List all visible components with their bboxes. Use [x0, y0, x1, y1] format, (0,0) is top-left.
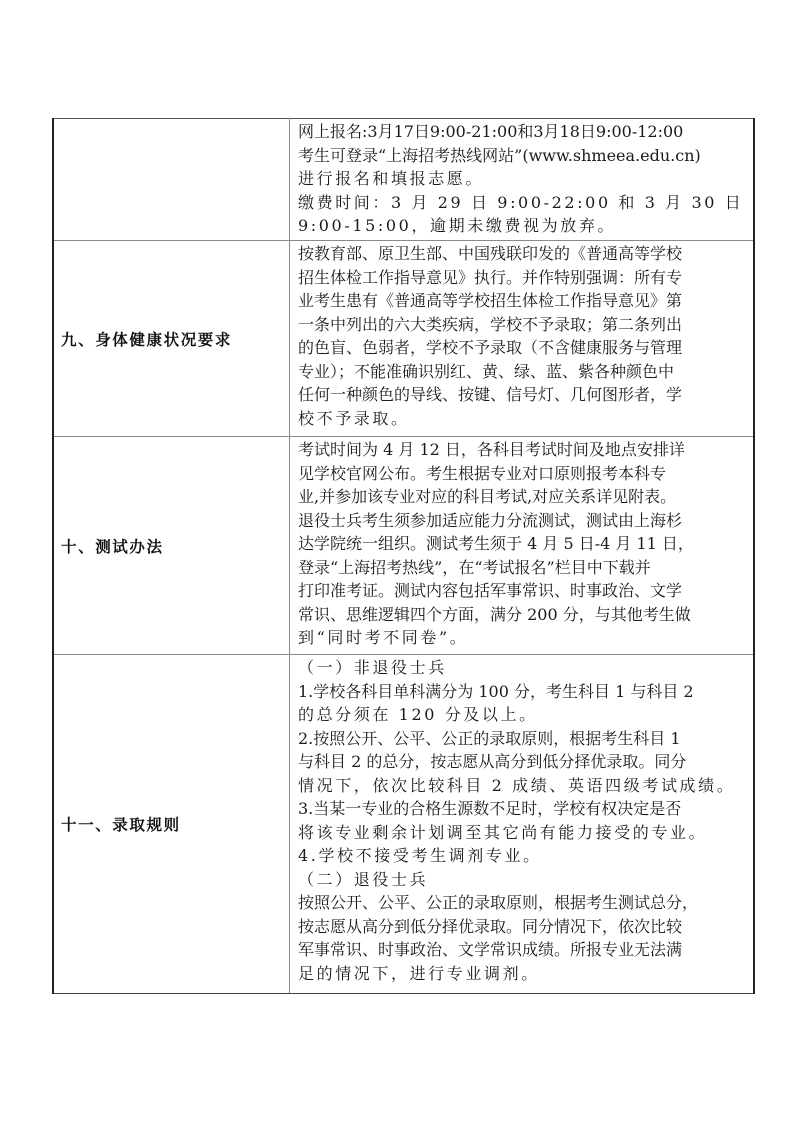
content-line: 情况下，依次比较科目 2 成绩、英语四级考试成绩。 [298, 774, 748, 798]
content-line: 招生体检工作指导意见》执行。并作特别强调：所有专 [298, 266, 748, 290]
content-line: 到“同时考不同卷”。 [298, 626, 748, 650]
row-label-cell [53, 119, 290, 241]
content-line: 缴费时间：3 月 29 日 9:00-22:00 和 3 月 30 日 [298, 191, 748, 215]
content-line: 考生可登录“上海招考热线网站”(www.shmeea.edu.cn) [298, 144, 748, 168]
row-content-cell: 按教育部、原卫生部、中国残联印发的《普通高等学校 招生体检工作指导意见》执行。并… [290, 241, 755, 437]
content-line: 按照公开、公平、公正的录取原则，根据考生测试总分， [298, 891, 748, 915]
row-label-cell: 十、测试办法 [53, 437, 290, 655]
admission-rules-table: 网上报名:3月17日9:00-21:00和3月18日9:00-12:00 考生可… [52, 118, 755, 994]
content-line: 1.学校各科目单科满分为 100 分，考生科目 1 与科目 2 [298, 680, 748, 704]
content-line: 9:00-15:00，逾期未缴费视为放弃。 [298, 214, 748, 238]
row-content-cell: 考试时间为 4 月 12 日，各科目考试时间及地点安排详 见学校官网公布。考生根… [290, 437, 755, 655]
content-line: 登录“上海招考热线”，在“考试报名”栏目中下载并 [298, 556, 748, 580]
row-label-cell: 十一、录取规则 [53, 655, 290, 994]
content-line: 任何一种颜色的导线、按键、信号灯、几何图形者，学 [298, 383, 748, 407]
content-line: 打印准考证。测试内容包括军事常识、时事政治、文学 [298, 579, 748, 603]
content-line: 退役士兵考生须参加适应能力分流测试，测试由上海杉 [298, 509, 748, 533]
content-line: 的色盲、色弱者，学校不予录取（不含健康服务与管理 [298, 336, 748, 360]
row-label: 十一、录取规则 [54, 813, 289, 835]
section-heading: （一）非退役士兵 [298, 656, 748, 680]
document-page: 网上报名:3月17日9:00-21:00和3月18日9:00-12:00 考生可… [0, 0, 800, 1132]
content-line: 的总分须在 120 分及以上。 [298, 703, 748, 727]
content-line: 见学校官网公布。考生根据专业对口原则报考本科专 [298, 462, 748, 486]
content-line: 按教育部、原卫生部、中国残联印发的《普通高等学校 [298, 242, 748, 266]
content-line: 将该专业剩余计划调至其它尚有能力接受的专业。 [298, 821, 748, 845]
content-line: 业考生患有《普通高等学校招生体检工作指导意见》第 [298, 289, 748, 313]
section-heading: （二）退役士兵 [298, 868, 748, 892]
row-content-cell: （一）非退役士兵 1.学校各科目单科满分为 100 分，考生科目 1 与科目 2… [290, 655, 755, 994]
content-line: 常识、思维逻辑四个方面，满分 200 分，与其他考生做 [298, 603, 748, 627]
content-line: 足的情况下，进行专业调剂。 [298, 962, 748, 986]
content-line: 一条中列出的六大类疾病，学校不予录取；第二条列出 [298, 313, 748, 337]
test-method-content: 考试时间为 4 月 12 日，各科目考试时间及地点安排详 见学校官网公布。考生根… [290, 437, 753, 651]
content-line: 达学院统一组织。测试考生须于 4 月 5 日-4 月 11 日， [298, 532, 748, 556]
content-line: 军事常识、时事政治、文学常识成绩。所报专业无法满 [298, 938, 748, 962]
content-line: 按志愿从高分到低分择优录取。同分情况下，依次比较 [298, 915, 748, 939]
row-label: 十、测试办法 [54, 535, 289, 557]
table-row-registration: 网上报名:3月17日9:00-21:00和3月18日9:00-12:00 考生可… [53, 119, 754, 241]
row-content-cell: 网上报名:3月17日9:00-21:00和3月18日9:00-12:00 考生可… [290, 119, 755, 241]
content-line: 网上报名:3月17日9:00-21:00和3月18日9:00-12:00 [298, 120, 748, 144]
content-line: 2.按照公开、公平、公正的录取原则，根据考生科目 1 [298, 727, 748, 751]
content-line: 校不予录取。 [298, 407, 748, 431]
content-line: 4.学校不接受考生调剂专业。 [298, 844, 748, 868]
content-line: 考试时间为 4 月 12 日，各科目考试时间及地点安排详 [298, 438, 748, 462]
content-line: 3.当某一专业的合格生源数不足时，学校有权决定是否 [298, 797, 748, 821]
row-label: 九、身体健康状况要求 [54, 328, 289, 350]
registration-content: 网上报名:3月17日9:00-21:00和3月18日9:00-12:00 考生可… [290, 119, 753, 239]
content-line: 业,并参加该专业对应的科目考试,对应关系详见附表。 [298, 485, 748, 509]
content-line: 专业）；不能准确识别红、黄、绿、蓝、紫各种颜色中 [298, 360, 748, 384]
table-row-admission-rules: 十一、录取规则 （一）非退役士兵 1.学校各科目单科满分为 100 分，考生科目… [53, 655, 754, 994]
content-line: 与科目 2 的总分，按志愿从高分到低分择优录取。同分 [298, 750, 748, 774]
admission-rules-content: （一）非退役士兵 1.学校各科目单科满分为 100 分，考生科目 1 与科目 2… [290, 655, 753, 986]
row-label-cell: 九、身体健康状况要求 [53, 241, 290, 437]
content-line: 进行报名和填报志愿。 [298, 167, 748, 191]
table-row-test-method: 十、测试办法 考试时间为 4 月 12 日，各科目考试时间及地点安排详 见学校官… [53, 437, 754, 655]
table-row-health-requirements: 九、身体健康状况要求 按教育部、原卫生部、中国残联印发的《普通高等学校 招生体检… [53, 241, 754, 437]
health-requirements-content: 按教育部、原卫生部、中国残联印发的《普通高等学校 招生体检工作指导意见》执行。并… [290, 241, 753, 431]
